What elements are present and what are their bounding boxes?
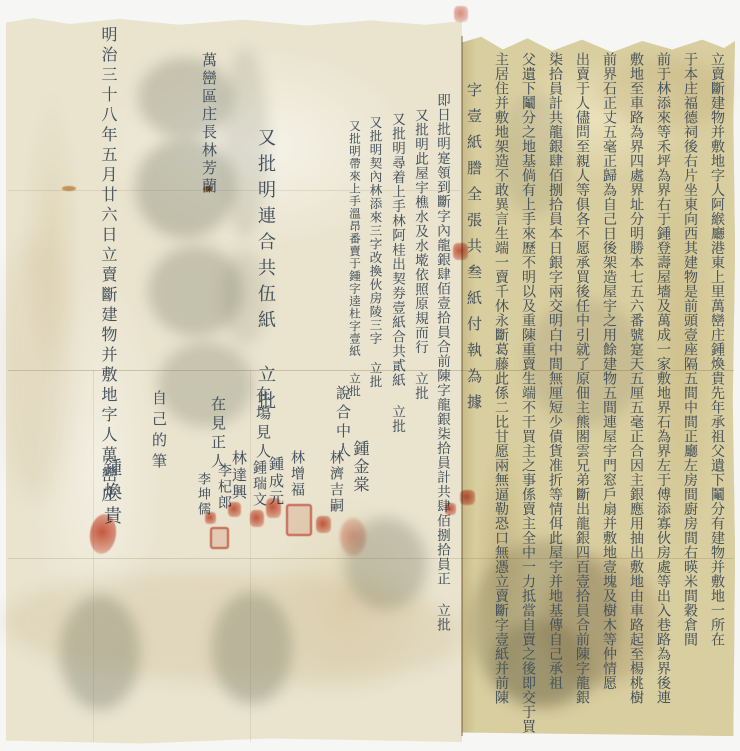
deed-text-column: 父遺下鬮分之地基倘有上手來歷不明以及重陳重賣生端不干買主之事係賣主全中一力抵當自… [514,52,541,736]
observer-seal [205,512,216,524]
deed-text-column: 主居住并敷地架造不敢異言生端一賣千休永斷葛藤此係二比甘愿兩無逼勒恐口無憑立賣斷字… [487,52,514,736]
fold-spot [203,186,212,192]
deed-main-text: 立賣斷建物并敷地字人阿緱廳港東上里萬巒庄鍾煥貴先年承祖父遺下鬮分有建物并敷地一所… [460,52,736,736]
annotation-column: 又批明尋着上手林阿桂出契券壹紙合共貳紙 立批 [387,112,407,434]
seam-seal [445,503,456,515]
broker-seal [316,516,331,533]
witness-label: 在塲見人 [253,386,274,462]
annotation-column: 即日批明寔領到斷字內龍銀肆佰壹拾員合前陳字龍銀柒拾員計共肆佰捌拾員正 立批 [432,93,452,632]
annotation-column: 又批明此屋宇樵水及水墘依照原規而行 立批 [410,108,430,401]
fold-spot [62,186,76,191]
observer-seal [210,527,229,549]
observer-name: 李坤儒 [193,472,212,517]
annotation-column: 又批明連合共伍紙 立批 [252,128,278,417]
witness-seal [266,498,281,518]
date-and-seller-column: 明治三十八年五月廿六日立賣斷建物并敷地字人萬巒庄 [97,26,120,506]
observer-label: 在見正人 [208,396,229,472]
deed-text-column: 出賣于人儘問至親人等俱各不愿承買後任中引就了原佃主熊閤雲兄弟斷出龍銀四百壹拾員合… [568,52,595,736]
deed-text-column: 前于林添來等禾坪為界右于鍾登壽屋墻及萬成一家敷地界石為界左于傅添寡伙房處等出入巷… [649,52,676,736]
broker-name: 林濟吉嗣 [326,450,346,514]
annotation-column: 又批明契內林添來三字改換伙房陵三字 立批 [366,116,384,389]
witness-seal [228,502,241,517]
seam-seal [454,6,468,22]
deed-closing-column: 字壹紙謄全張共叁紙付執為據 [460,82,487,736]
deed-text-column: 于本庄福德祠後右片坐東向西其建物是前頭壹座隔五間中間正廳左房間廚房間右暎米間穀倉… [676,52,703,736]
deed-text-column: 柒拾員計共龍銀肆佰捌拾員本日銀字兩交明白中間無厘短少債貨准折等情佴此屋宇并地基傳… [541,52,568,736]
broker-name: 鍾金棠 [349,440,372,494]
witness-name: 林增福 [287,450,307,498]
broker-seal [340,518,366,556]
village-head-signature: 萬巒區庄長林芳蘭 [199,52,220,196]
deed-text-column: 立賣斷建物并敷地字人阿緱廳港東上里萬巒庄鍾煥貴先年承祖父遺下鬮分有建物并敷地一所… [703,52,730,736]
deed-text-column: 敷地至車路為界四處界址分明勝本七五六番號寔天五厘五毫正合因主銀應用抽出敷地由車路… [622,52,649,736]
seam-seal [453,243,468,260]
fold-line [250,370,251,742]
seam-seal [460,490,475,505]
fold-line [93,370,94,742]
own-hand-note: 自己的筆 [149,390,170,474]
annotation-column: 又批明帶來上手溫昂番賣于鍾字逵杜字壹紙 立批 [347,120,363,398]
witness-seal [286,504,312,536]
deed-document-scan: 立賣斷建物并敷地字人阿緱廳港東上里萬巒庄鍾煥貴先年承祖父遺下鬮分有建物并敷地一所… [0,0,740,751]
deed-text-column: 前界石正丈五毫正歸為自己日後架造屋宇之用餘建物五間連屋宇門窓戶扇并敷地壹塊及樹木… [595,52,622,736]
witness-seal [250,510,264,527]
